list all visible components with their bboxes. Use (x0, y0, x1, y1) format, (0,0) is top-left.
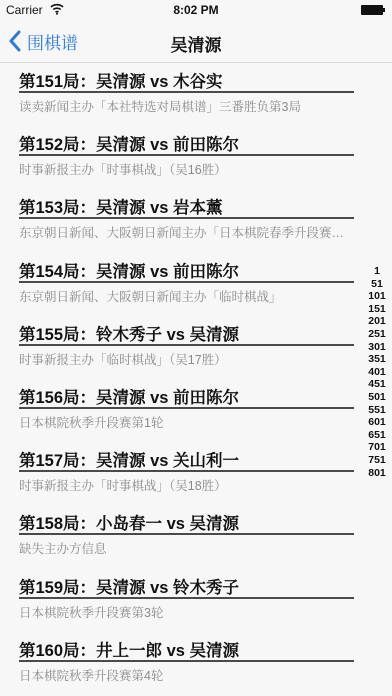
game-row[interactable]: 第154局：吴清源 vs 前田陈尔 东京朝日新闻、大阪朝日新闻主办「临时棋战」 (0, 253, 392, 316)
game-title: 第160局：井上一郎 vs 吴清源 (19, 637, 239, 661)
game-subtitle: 时事新报主办「时事棋战」（吴16胜） (19, 160, 354, 178)
index-item[interactable]: 751 (368, 454, 386, 467)
game-row[interactable]: 第153局：吴清源 vs 岩本薰 东京朝日新闻、大阪朝日新闻主办「日本棋院春季升… (0, 189, 392, 252)
index-item[interactable]: 401 (368, 366, 386, 379)
index-item[interactable]: 101 (368, 290, 386, 303)
game-title: 第156局：吴清源 vs 前田陈尔 (19, 384, 239, 408)
index-item[interactable]: 701 (368, 441, 386, 454)
index-item[interactable]: 351 (368, 353, 386, 366)
index-item[interactable]: 151 (368, 303, 386, 316)
section-index[interactable]: 1 51 101 151 201 251 301 351 401 451 501… (366, 265, 388, 479)
index-item[interactable]: 1 (374, 265, 380, 278)
game-row[interactable]: 第159局：吴清源 vs 铃木秀子 日本棋院秋季升段赛第3轮 (0, 569, 392, 632)
row-divider (19, 344, 354, 346)
row-divider (19, 281, 354, 283)
index-item[interactable]: 551 (368, 404, 386, 417)
game-subtitle: 时事新报主办「时事棋战」（吴18胜） (19, 476, 354, 494)
game-title: 第159局：吴清源 vs 铃木秀子 (19, 574, 239, 598)
index-item[interactable]: 201 (368, 315, 386, 328)
game-title: 第155局：铃木秀子 vs 吴清源 (19, 321, 239, 345)
row-divider (19, 660, 354, 662)
game-row[interactable]: 第158局：小岛春一 vs 吴清源 缺失主办方信息 (0, 505, 392, 568)
row-divider (19, 533, 354, 535)
status-time: 8:02 PM (0, 3, 392, 17)
row-divider (19, 470, 354, 472)
game-list: 第151局：吴清源 vs 木谷实 读卖新闻主办「本社特选对局棋谱」三番胜负第3局… (0, 63, 392, 695)
game-row[interactable]: 第160局：井上一郎 vs 吴清源 日本棋院秋季升段赛第4轮 (0, 632, 392, 695)
game-row[interactable]: 第151局：吴清源 vs 木谷实 读卖新闻主办「本社特选对局棋谱」三番胜负第3局 (0, 63, 392, 126)
row-divider (19, 154, 354, 156)
index-item[interactable]: 801 (368, 467, 386, 480)
game-subtitle: 缺失主办方信息 (19, 539, 354, 557)
index-item[interactable]: 451 (368, 378, 386, 391)
game-title: 第152局：吴清源 vs 前田陈尔 (19, 131, 239, 155)
game-row[interactable]: 第156局：吴清源 vs 前田陈尔 日本棋院秋季升段赛第1轮 (0, 379, 392, 442)
status-bar: Carrier 8:02 PM (0, 0, 392, 20)
game-subtitle: 读卖新闻主办「本社特选对局棋谱」三番胜负第3局 (19, 97, 354, 115)
game-subtitle: 东京朝日新闻、大阪朝日新闻主办「日本棋院春季升段赛决... (19, 223, 354, 241)
game-subtitle: 时事新报主办「临时棋战」（吴17胜） (19, 350, 354, 368)
index-item[interactable]: 501 (368, 391, 386, 404)
row-divider (19, 91, 354, 93)
game-title: 第154局：吴清源 vs 前田陈尔 (19, 258, 239, 282)
game-title: 第157局：吴清源 vs 关山利一 (19, 447, 239, 471)
game-title: 第151局：吴清源 vs 木谷实 (19, 68, 223, 92)
row-divider (19, 597, 354, 599)
index-item[interactable]: 601 (368, 416, 386, 429)
game-subtitle: 日本棋院秋季升段赛第4轮 (19, 666, 354, 684)
game-subtitle: 日本棋院秋季升段赛第1轮 (19, 413, 354, 431)
index-item[interactable]: 51 (371, 278, 383, 291)
row-divider (19, 217, 354, 219)
page-title: 吴清源 (0, 31, 392, 56)
game-row[interactable]: 第155局：铃木秀子 vs 吴清源 时事新报主办「临时棋战」（吴17胜） (0, 316, 392, 379)
game-row[interactable]: 第157局：吴清源 vs 关山利一 时事新报主办「时事棋战」（吴18胜） (0, 442, 392, 505)
game-title: 第158局：小岛春一 vs 吴清源 (19, 510, 239, 534)
index-item[interactable]: 651 (368, 429, 386, 442)
navigation-bar: 围棋谱 吴清源 (0, 20, 392, 63)
battery-icon (361, 5, 385, 15)
game-subtitle: 日本棋院秋季升段赛第3轮 (19, 603, 354, 621)
row-divider (19, 407, 354, 409)
index-item[interactable]: 251 (368, 328, 386, 341)
game-row[interactable]: 第152局：吴清源 vs 前田陈尔 时事新报主办「时事棋战」（吴16胜） (0, 126, 392, 189)
index-item[interactable]: 301 (368, 341, 386, 354)
game-subtitle: 东京朝日新闻、大阪朝日新闻主办「临时棋战」 (19, 287, 354, 305)
game-title: 第153局：吴清源 vs 岩本薰 (19, 194, 223, 218)
